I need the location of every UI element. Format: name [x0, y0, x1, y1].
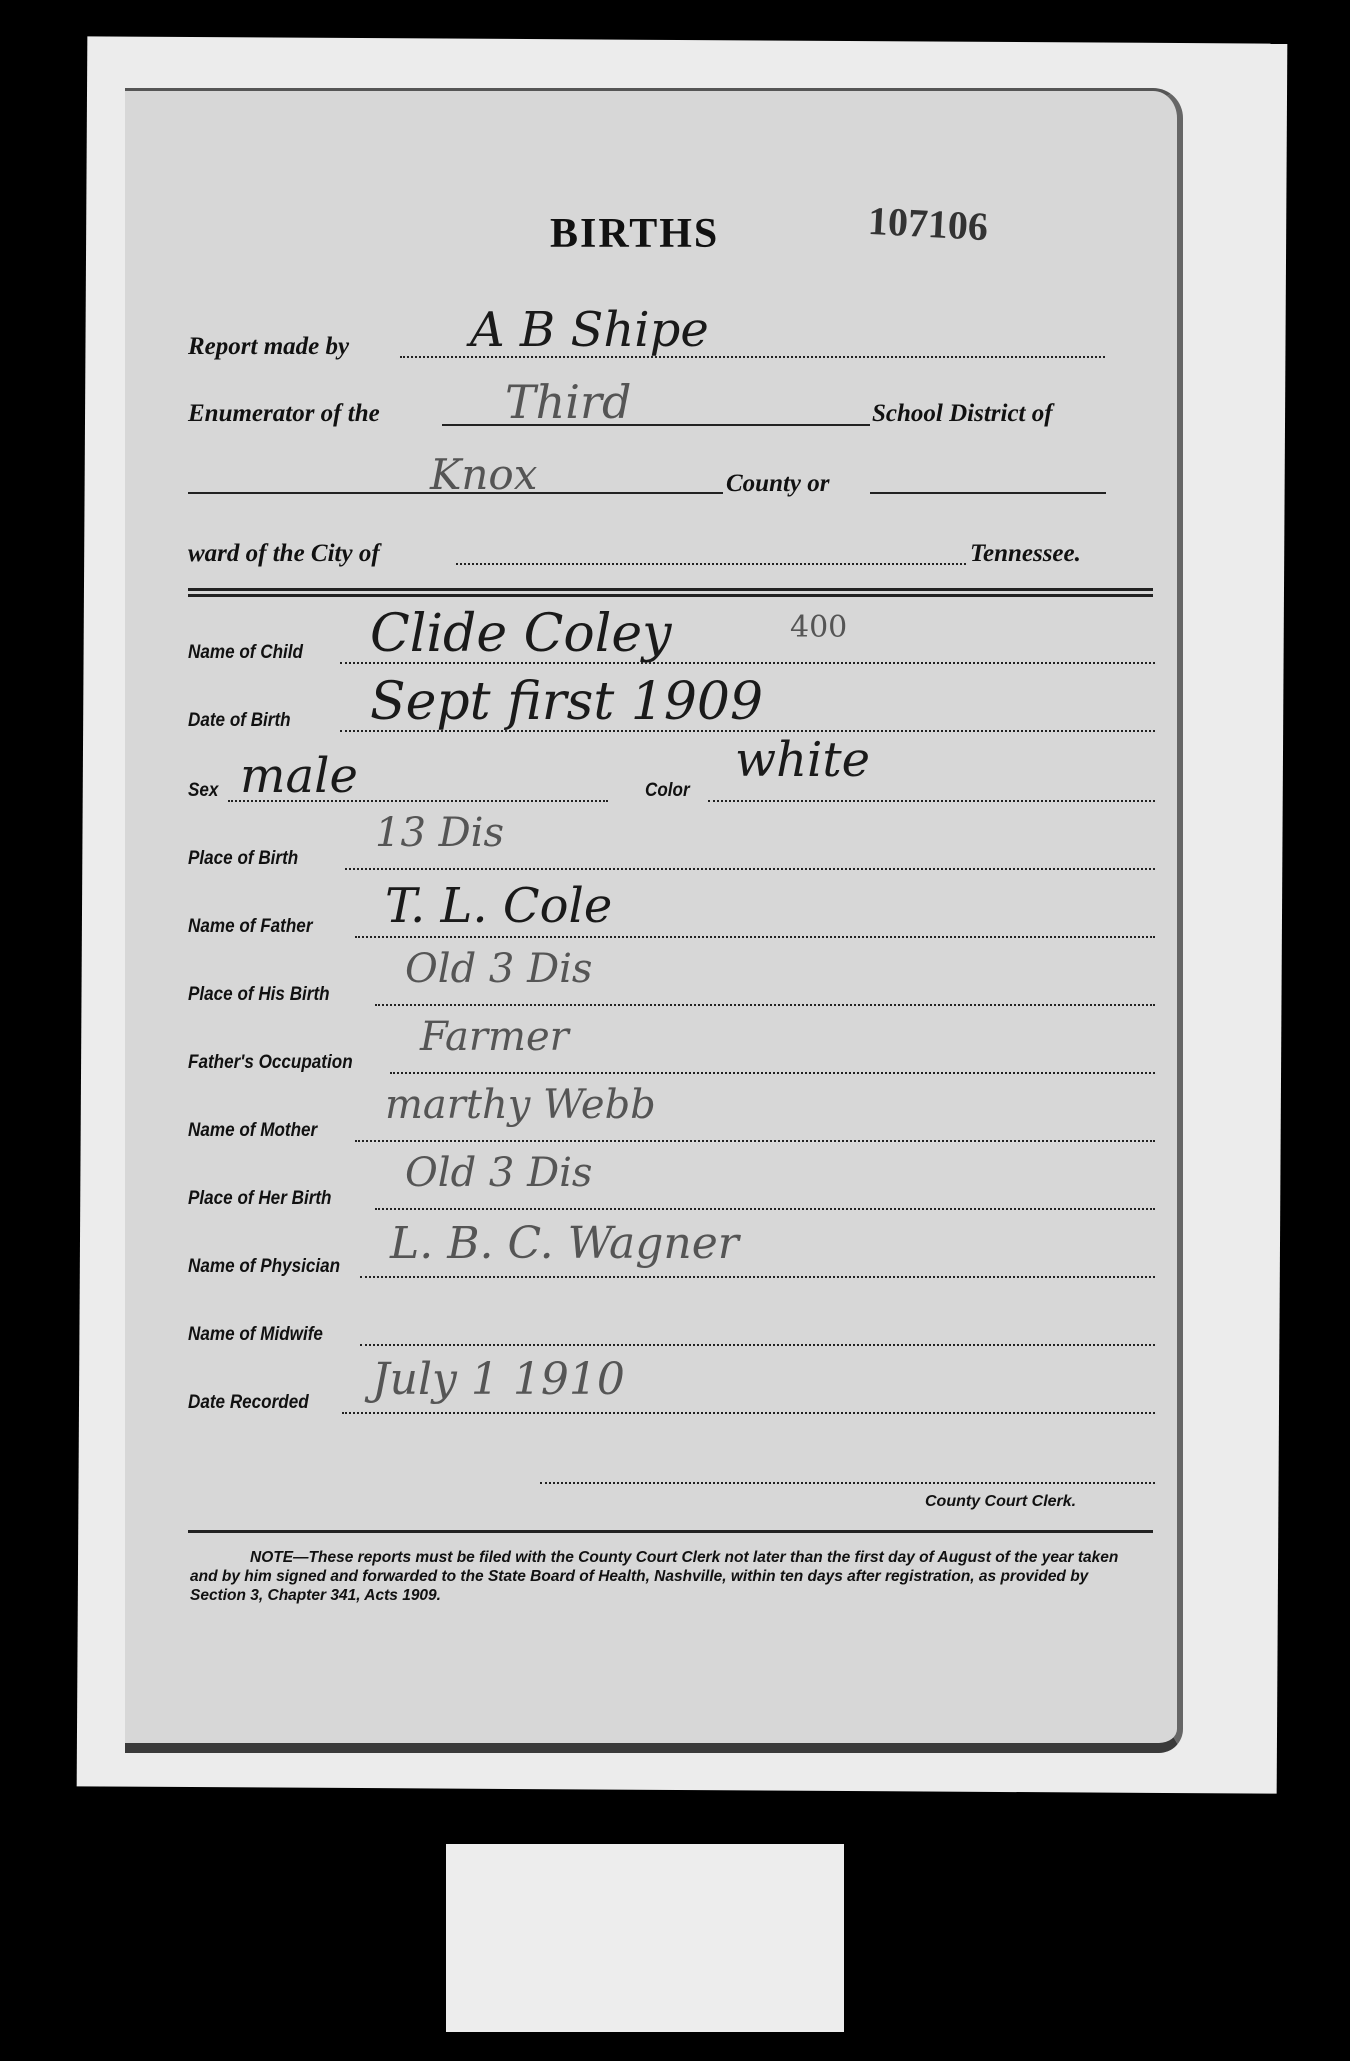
field-line [360, 1276, 1155, 1278]
enumerator-label: Enumerator of the [188, 400, 380, 428]
field-line [375, 1208, 1155, 1210]
field-line [360, 1344, 1155, 1346]
field-value: Sept first 1909 [370, 672, 763, 732]
field-label: Name of Mother [188, 1120, 317, 1142]
field-value: 13 Dis [375, 810, 504, 856]
filing-note-text: NOTE—These reports must be filed with th… [190, 1548, 1130, 1605]
field-value: T. L. Cole [385, 878, 612, 934]
note-rule [188, 1530, 1153, 1533]
field-value: July 1 1910 [372, 1354, 625, 1405]
field-value: L. B. C. Wagner [390, 1218, 739, 1269]
field-label: Place of Her Birth [188, 1188, 331, 1210]
field-line [375, 1004, 1155, 1006]
field-label: Color [645, 780, 690, 802]
field-value: marthy Webb [385, 1082, 656, 1128]
double-rule-top [188, 588, 1153, 591]
enumerator-value: Third [505, 375, 631, 429]
blank-label-slip [446, 1844, 844, 2032]
field-line [355, 936, 1155, 938]
field-line [708, 800, 1155, 802]
field-label: Sex [188, 780, 218, 802]
field-label: Place of Birth [188, 848, 298, 870]
state-label: Tennessee. [970, 540, 1081, 568]
field-value: Clide Coley [370, 604, 672, 664]
field-value: male [240, 748, 358, 804]
field-label: Name of Midwife [188, 1324, 323, 1346]
field-line [342, 1412, 1155, 1414]
field-value: Old 3 Dis [405, 946, 592, 992]
school-district-label: School District of [872, 400, 1053, 428]
report-made-by-label: Report made by [188, 333, 349, 361]
field-annotation: 400 [790, 610, 847, 645]
field-line [345, 868, 1155, 870]
record-number: 107106 [867, 197, 989, 250]
field-label: Name of Child [188, 642, 303, 664]
filing-note: NOTE—These reports must be filed with th… [190, 1548, 1130, 1605]
clerk-signature-line [540, 1482, 1155, 1484]
report-made-by-value: A B Shipe [470, 302, 709, 358]
double-rule-bottom [188, 594, 1153, 597]
field-line [390, 1072, 1155, 1074]
ward-label: ward of the City of [188, 540, 380, 568]
field-value: Farmer [420, 1014, 569, 1060]
field-value: Old 3 Dis [405, 1150, 592, 1196]
field-label: Name of Father [188, 916, 312, 938]
field-line [355, 1140, 1155, 1142]
field-label: Name of Physician [188, 1256, 340, 1278]
field-label: Father's Occupation [188, 1052, 353, 1074]
field-label: Date of Birth [188, 710, 291, 732]
document-title: BIRTHS [550, 210, 719, 258]
clerk-label: County Court Clerk. [925, 1493, 1076, 1511]
county-value: Knox [430, 450, 537, 499]
ward-line [456, 563, 966, 565]
field-label: Date Recorded [188, 1392, 309, 1414]
county-label: County or [726, 470, 830, 498]
field-value: white [735, 732, 870, 788]
field-label: Place of His Birth [188, 984, 330, 1006]
county-or-line [870, 492, 1106, 494]
